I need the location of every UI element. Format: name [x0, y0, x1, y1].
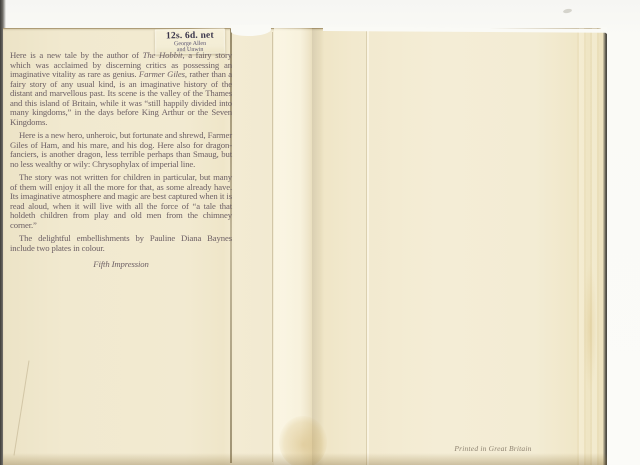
spine-crease-line — [272, 32, 273, 462]
dust-jacket-paper: 12s. 6d. net George Allen and Unwin Here… — [3, 28, 607, 465]
paper-stain-streak — [583, 263, 597, 393]
blurb-paragraph: Here is a new tale by the author of The … — [10, 51, 232, 127]
blurb-paragraphs: Here is a new tale by the author of The … — [10, 51, 232, 253]
panel-fold-shadow — [312, 28, 324, 465]
impression-note: Fifth Impression — [10, 260, 232, 270]
flap-diagonal-crease — [13, 361, 29, 456]
blurb-paragraph: Here is a new hero, unheroic, but fortun… — [10, 131, 232, 169]
blurb-paragraph: The delightful embellishments by Pauline… — [10, 234, 232, 253]
jacket-right-edge — [603, 28, 607, 465]
scanner-dust-speck — [563, 8, 573, 14]
printed-in-great-britain-imprint: Printed in Great Britain — [431, 444, 555, 453]
torn-top-edge-notch — [231, 25, 271, 37]
spine-fold-strip — [274, 28, 312, 465]
right-edge-streaks — [577, 28, 603, 465]
jacket-bottom-shadow — [3, 453, 607, 465]
price-label: 12s. 6d. net — [166, 30, 214, 41]
scanned-book-jacket-page: 12s. 6d. net George Allen and Unwin Here… — [0, 0, 640, 465]
panel-crease-line — [366, 30, 369, 465]
jacket-blurb: Here is a new tale by the author of The … — [10, 51, 232, 270]
blurb-paragraph: The story was not written for children i… — [10, 173, 232, 230]
